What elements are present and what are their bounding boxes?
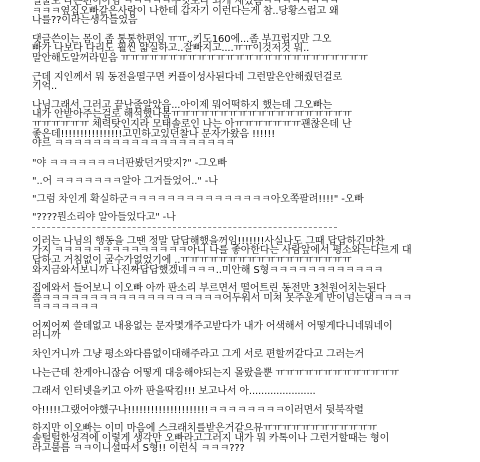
paragraph: 얼굴도 나쁜편이아님 ㅋㅋㅋㅋㅋ무엇보다 되게 재밌음ㅋㅋㅋㅋㅋㅋㅋㅋ ㅋㅋㅋ옆… — [32, 0, 452, 26]
paragraph: 집에와서 들어보니 이오빠 아까 판소리 부르면서 떨어트린 동전만 3천원어치… — [32, 284, 452, 313]
dialogue-line: "야 ㅋㅋㅋㅋㅋㅋㅋ너판봤던거맞지?" -그오빠 — [32, 158, 452, 170]
paragraph: 그래서 인터넷을키고 아까 판을딱킴!!! 보고나서 아............… — [32, 387, 452, 397]
dialogue-line: "..어 ㅋㅋㅋㅋㅋㅋㅋ알아 그거들었어.." -나 — [32, 176, 452, 188]
paragraph: 차인거니까 그냥 평소와다름없이대해주라고 그게 서로 편할꺼같다고 그러는거 — [32, 350, 452, 360]
paragraph: 근데 지인께서 뭐 동전을떨구면 커플이성사된다네 그런말은안해줬던걸로 기억.… — [32, 73, 452, 92]
dialogue-line: "????뭔소리야 알아들었다고" -나 — [32, 212, 452, 224]
dialogue-line: "그럼 차인게 확실하군ㅋㅋㅋㅋㅋㅋㅋㅋㅋㅋㅋㅋㅋㅋㅋ아오쪽팔려!!!!" -오… — [32, 194, 452, 206]
paragraph: 어찌어찌 쓸데없고 내용없는 문자몇개주고받다가 내가 어색해서 어떻게다니네뭐… — [32, 322, 452, 341]
paragraph: 나님그래서 그러고 끝난줄알았음...아이제 뭐어떡하지 했는데 그오빠는 내가… — [32, 101, 452, 149]
paragraph: 이러는 나님의 행동을 그땐 정말 답답해했을꺼임!!!!!!!사실나도 그때 … — [32, 237, 452, 275]
paragraph: 아!!!!!그랬어야했구나!!!!!!!!!!!!!!!!!!!!!ㅋㅋㅋㅋㅋㅋ… — [32, 406, 452, 416]
post-body: 얼굴도 나쁜편이아님 ㅋㅋㅋㅋㅋ무엇보다 되게 재밌음ㅋㅋㅋㅋㅋㅋㅋㅋ ㅋㅋㅋ옆… — [32, 0, 452, 453]
paragraph: 나는근데 찬게아니잖슴 어떻게 대응해야되는지 몰랐을뿐 ㅠㅠㅠㅠㅠㅠㅠㅠㅠㅠㅠ… — [32, 369, 452, 379]
paragraph: 댓글쓴이는 몸이 좀 통통한편임 ㅠㅠ..키도160에...좀 부끄럽지만 그오… — [32, 35, 452, 64]
paragraph: 하지만 이오빠는 이미 마음에 스크래치를받은거같으뮤ㅠㅠㅠㅠㅠㅠㅠㅠㅠㅠㅠㅠ … — [32, 424, 452, 453]
